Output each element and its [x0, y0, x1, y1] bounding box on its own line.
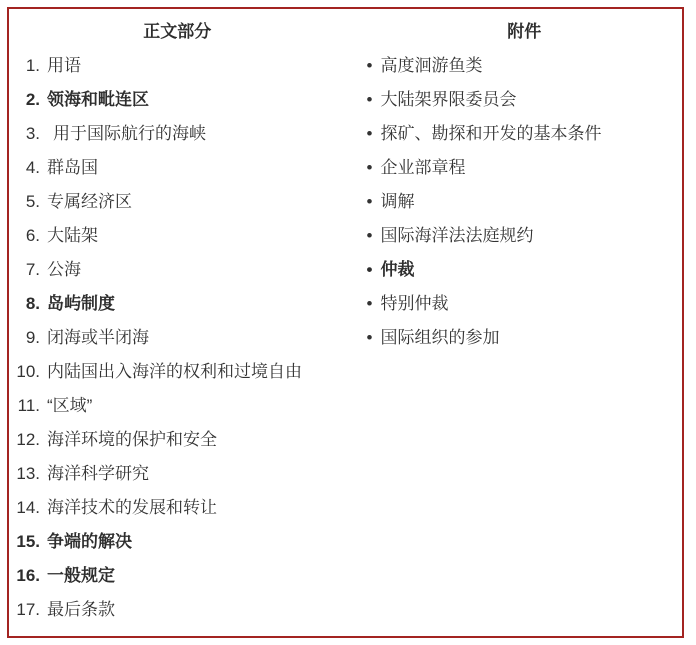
item-text: 仲裁	[381, 259, 415, 281]
item-number: 8.	[11, 293, 40, 315]
bullet-icon: •	[367, 157, 381, 179]
item-number: 11.	[11, 395, 40, 417]
bullet-icon: •	[367, 55, 381, 77]
main-section-list: 1.用语2.领海和毗连区3.用于国际航行的海峡4.群岛国5.专属经济区6.大陆架…	[9, 49, 346, 627]
annex-item: •特别仲裁	[367, 287, 683, 321]
annex-item: •大陆架界限委员会	[367, 83, 683, 117]
item-text: 海洋技术的发展和转让	[47, 497, 217, 519]
item-text: 大陆架界限委员会	[381, 89, 517, 111]
toc-item: 8.岛屿制度	[11, 287, 346, 321]
item-text: 专属经济区	[47, 191, 132, 213]
contents-table-frame: 正文部分 1.用语2.领海和毗连区3.用于国际航行的海峡4.群岛国5.专属经济区…	[7, 7, 684, 638]
bullet-icon: •	[367, 89, 381, 111]
item-number: 13.	[11, 463, 40, 485]
item-text: 岛屿制度	[47, 293, 115, 315]
toc-item: 4.群岛国	[11, 151, 346, 185]
item-text: 争端的解决	[47, 531, 132, 553]
item-text: 最后条款	[47, 599, 115, 621]
item-text: 企业部章程	[381, 157, 466, 179]
main-section-title: 正文部分	[9, 19, 346, 45]
toc-item: 3.用于国际航行的海峡	[11, 117, 346, 151]
item-text: 用于国际航行的海峡	[47, 123, 206, 145]
item-number: 10.	[11, 361, 40, 383]
annex-item: •高度洄游鱼类	[367, 49, 683, 83]
toc-item: 5.专属经济区	[11, 185, 346, 219]
item-number: 16.	[11, 565, 40, 587]
bullet-icon: •	[367, 123, 381, 145]
item-number: 17.	[11, 599, 40, 621]
annex-item: •国际组织的参加	[367, 321, 683, 355]
toc-item: 6.大陆架	[11, 219, 346, 253]
item-text: 海洋环境的保护和安全	[47, 429, 217, 451]
item-text: 海洋科学研究	[47, 463, 149, 485]
item-text: 国际组织的参加	[381, 327, 500, 349]
item-text: 探矿、勘探和开发的基本条件	[381, 123, 602, 145]
bullet-icon: •	[367, 225, 381, 247]
toc-item: 15.争端的解决	[11, 525, 346, 559]
item-text: 内陆国出入海洋的权利和过境自由	[47, 361, 302, 383]
item-number: 5.	[11, 191, 40, 213]
item-text: 用语	[47, 55, 81, 77]
toc-item: 11.“区域”	[11, 389, 346, 423]
item-text: 公海	[47, 259, 81, 281]
item-text: 调解	[381, 191, 415, 213]
bullet-icon: •	[367, 191, 381, 213]
item-text: 国际海洋法法庭规约	[381, 225, 534, 247]
item-number: 12.	[11, 429, 40, 451]
annex-item: •仲裁	[367, 253, 683, 287]
bullet-icon: •	[367, 327, 381, 349]
item-text: “区域”	[47, 395, 92, 417]
toc-item: 2.领海和毗连区	[11, 83, 346, 117]
toc-item: 7.公海	[11, 253, 346, 287]
toc-item: 16.一般规定	[11, 559, 346, 593]
item-text: 领海和毗连区	[47, 89, 149, 111]
bullet-icon: •	[367, 293, 381, 315]
item-number: 3.	[11, 123, 40, 145]
toc-item: 13.海洋科学研究	[11, 457, 346, 491]
item-number: 1.	[11, 55, 40, 77]
annex-item: •调解	[367, 185, 683, 219]
annex-list: •高度洄游鱼类•大陆架界限委员会•探矿、勘探和开发的基本条件•企业部章程•调解•…	[367, 49, 683, 355]
item-number: 15.	[11, 531, 40, 553]
annex-title: 附件	[367, 19, 683, 45]
toc-item: 9.闭海或半闭海	[11, 321, 346, 355]
annex-item: •国际海洋法法庭规约	[367, 219, 683, 253]
toc-item: 1.用语	[11, 49, 346, 83]
annex-item: •探矿、勘探和开发的基本条件	[367, 117, 683, 151]
item-number: 6.	[11, 225, 40, 247]
item-number: 7.	[11, 259, 40, 281]
toc-item: 12.海洋环境的保护和安全	[11, 423, 346, 457]
item-text: 特别仲裁	[381, 293, 449, 315]
item-text: 闭海或半闭海	[47, 327, 149, 349]
item-number: 2.	[11, 89, 40, 111]
item-number: 4.	[11, 157, 40, 179]
item-text: 大陆架	[47, 225, 98, 247]
annex-item: •企业部章程	[367, 151, 683, 185]
item-text: 群岛国	[47, 157, 98, 179]
toc-item: 17.最后条款	[11, 593, 346, 627]
toc-item: 14.海洋技术的发展和转让	[11, 491, 346, 525]
main-section-column: 正文部分 1.用语2.领海和毗连区3.用于国际航行的海峡4.群岛国5.专属经济区…	[9, 9, 346, 636]
annex-column: 附件 •高度洄游鱼类•大陆架界限委员会•探矿、勘探和开发的基本条件•企业部章程•…	[346, 9, 683, 636]
item-text: 一般规定	[47, 565, 115, 587]
item-number: 9.	[11, 327, 40, 349]
toc-item: 10.内陆国出入海洋的权利和过境自由	[11, 355, 346, 389]
item-text: 高度洄游鱼类	[381, 55, 483, 77]
item-number: 14.	[11, 497, 40, 519]
bullet-icon: •	[367, 259, 381, 281]
